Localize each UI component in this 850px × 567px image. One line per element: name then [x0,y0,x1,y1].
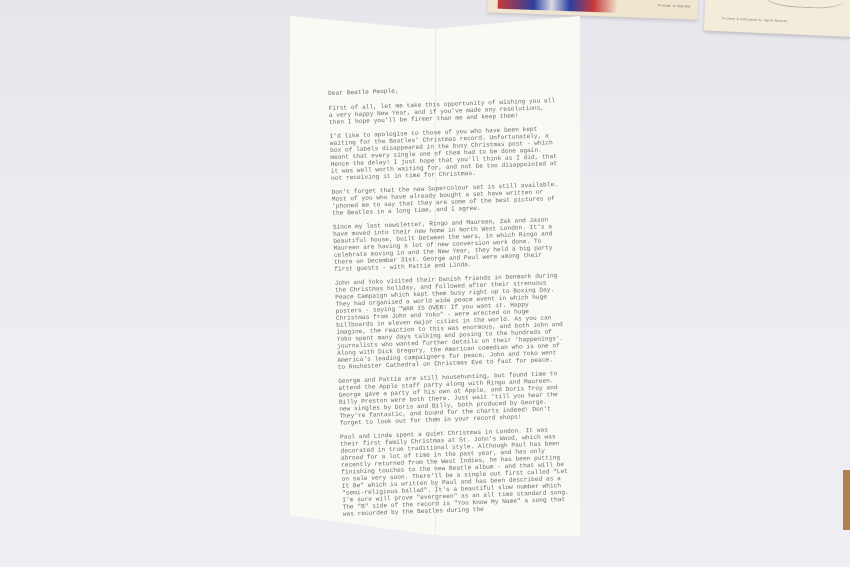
letter-paragraph: I'd like to apologise to those of you wh… [330,125,562,182]
magazine-corner: Printed in England [487,0,698,20]
brown-object-edge [843,470,850,530]
letter-paragraph: John and Yoko visited their Danish frien… [335,272,568,371]
letter-salutation: Dear Beatle People, [328,82,558,97]
letter-paragraph: George and Pattie are still househunting… [338,370,570,427]
letter-paragraph: Since my last newsletter, Ringo and Maur… [333,216,565,273]
letter-paragraph: Don't forget that the new Supercolour se… [331,181,562,217]
card-caption: Printed & Published by Apple Records [722,17,787,23]
letter-paragraph: First of all, let me take this opportuni… [329,97,560,126]
magazine-caption: Printed in England [658,4,690,8]
sketch-drawing [765,0,846,10]
letter-body: Dear Beatle People, First of all, let me… [328,82,573,525]
typed-letter: Dear Beatle People, First of all, let me… [290,16,580,536]
letter-paragraph: Paul and Linda spent a quiet Christmas i… [340,426,573,518]
magazine-logo [498,0,618,13]
sketch-card: Printed & Published by Apple Records [704,0,850,37]
